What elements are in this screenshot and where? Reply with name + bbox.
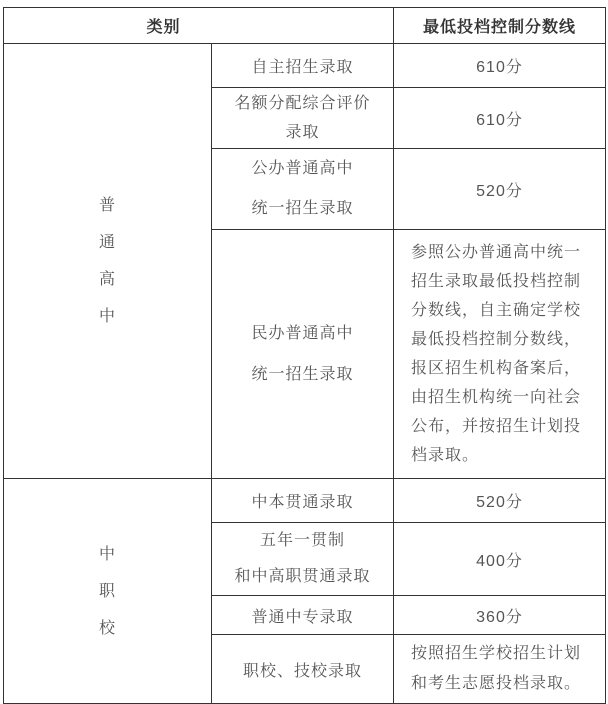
type-cell: 自主招生录取	[212, 44, 394, 88]
policy-text-line: 招生录取最低投档控制	[411, 267, 587, 296]
admission-score-table: 类别 最低投档控制分数线 普 通 高 中 自主招生录取 610分 名额分配综合评…	[3, 7, 606, 704]
category-char: 高	[4, 261, 211, 298]
category-char: 中	[4, 536, 211, 573]
type-cell: 公办普通高中 统一招生录取	[212, 149, 394, 230]
category-char: 中	[4, 298, 211, 335]
type-label: 普通中专录取	[212, 604, 393, 627]
policy-text-line: 参照公办普通高中统一	[411, 238, 587, 267]
type-label: 统一招生录取	[212, 354, 393, 395]
header-category-label: 类别	[147, 19, 181, 36]
header-cell-category: 类别	[4, 8, 394, 44]
score-value: 520分	[394, 489, 605, 512]
score-cell-policy-text: 按照招生学校招生计划 和考生志愿投档录取。	[394, 635, 606, 704]
type-cell: 普通中专录取	[212, 596, 394, 635]
type-label: 自主招生录取	[212, 54, 393, 77]
category-cell-secondary-vocational: 中 职 校	[4, 479, 212, 704]
type-cell: 职校、技校录取	[212, 635, 394, 704]
policy-text-line: 由招生机构统一向社会	[411, 383, 587, 412]
score-value: 400分	[394, 548, 605, 571]
category-cell-regular-high-school: 普 通 高 中	[4, 44, 212, 479]
header-cell-score: 最低投档控制分数线	[394, 8, 606, 44]
type-label: 中本贯通录取	[212, 489, 393, 512]
type-label: 统一招生录取	[212, 189, 393, 229]
policy-text-line: 最低投档控制分数线，	[411, 325, 587, 354]
policy-text-line: 分数线，自主确定学校	[411, 296, 587, 325]
score-cell: 610分	[394, 88, 606, 149]
score-cell-policy-text: 参照公办普通高中统一 招生录取最低投档控制 分数线，自主确定学校 最低投档控制分…	[394, 230, 606, 479]
score-value: 360分	[394, 604, 605, 627]
type-label: 名额分配综合评价	[212, 89, 393, 118]
category-char: 通	[4, 224, 211, 261]
policy-text-line: 公布，并按招生计划投	[411, 412, 587, 441]
type-label: 五年一贯制	[212, 523, 393, 559]
score-cell: 400分	[394, 523, 606, 596]
category-char: 职	[4, 573, 211, 610]
table-header-row: 类别 最低投档控制分数线	[4, 8, 606, 44]
score-value: 610分	[394, 107, 605, 130]
type-label: 民办普通高中	[212, 313, 393, 354]
policy-text-line: 按照招生学校招生计划	[411, 639, 587, 669]
policy-text-line: 报区招生机构备案后，	[411, 354, 587, 383]
row-independent-enrollment: 普 通 高 中 自主招生录取 610分	[4, 44, 606, 88]
category-char: 普	[4, 187, 211, 224]
score-value: 520分	[394, 178, 605, 201]
type-label: 公办普通高中	[212, 149, 393, 189]
type-cell: 五年一贯制 和中高职贯通录取	[212, 523, 394, 596]
score-cell: 610分	[394, 44, 606, 88]
type-cell: 中本贯通录取	[212, 479, 394, 523]
score-cell: 360分	[394, 596, 606, 635]
category-char: 校	[4, 610, 211, 647]
type-label: 录取	[212, 118, 393, 147]
policy-text-line: 档录取。	[411, 441, 587, 470]
header-score-label: 最低投档控制分数线	[423, 19, 576, 36]
type-cell: 民办普通高中 统一招生录取	[212, 230, 394, 479]
type-label: 职校、技校录取	[212, 658, 393, 681]
score-value: 610分	[394, 54, 605, 77]
type-cell: 名额分配综合评价 录取	[212, 88, 394, 149]
row-zhongben-guantong: 中 职 校 中本贯通录取 520分	[4, 479, 606, 523]
score-cell: 520分	[394, 479, 606, 523]
score-cell: 520分	[394, 149, 606, 230]
type-label: 和中高职贯通录取	[212, 559, 393, 595]
policy-text-line: 和考生志愿投档录取。	[411, 669, 587, 699]
